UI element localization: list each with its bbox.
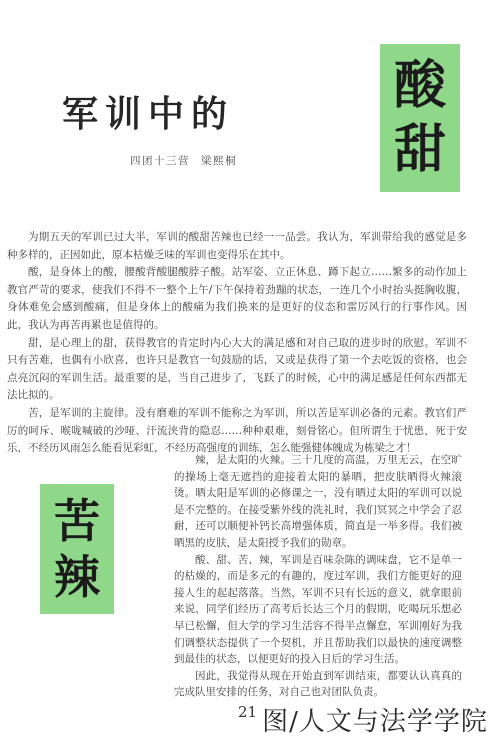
paragraph-conclusion: 因此，我觉得从现在开始直到军训结束，都要认认真真的完成队里安排的任务，对自己也对… xyxy=(174,668,462,701)
article-body-right: 辣，是太阳的火辣。三十几度的高温，万里无云，在空旷的操场上毫无遮挡的迎接着太阳的… xyxy=(174,452,462,701)
page-number: 21 xyxy=(238,703,257,721)
photo-credit: 图/人文与法学学院 xyxy=(262,701,488,738)
label-char-bitter: 苦 xyxy=(54,498,100,544)
article-byline: 四团十三营 梁熙桐 xyxy=(130,153,237,168)
label-char-sweet: 甜 xyxy=(394,124,446,176)
article-body-top: 为期五天的军训已过大半，军训的酸甜苦辣也已经一一品尝。我认为，军训带给我的感觉是… xyxy=(7,229,467,458)
label-char-sour: 酸 xyxy=(394,60,446,112)
page-footer: 21 图/人文与法学学院 xyxy=(238,701,488,738)
paragraph-intro: 为期五天的军训已过大半，军训的酸甜苦辣也已经一一品尝。我认为，军训带给我的感觉是… xyxy=(7,229,467,264)
label-bitter-spicy: 苦 辣 xyxy=(40,484,114,614)
paragraph-sweet: 甜，是心理上的甜，获得教官的肯定时内心大大的满足感和对自己取的进步时的欣慰。军训… xyxy=(7,335,467,405)
paragraph-bitter: 苦，是军训的主旋律。没有磨难的军训不能称之为军训，所以苦是军训必备的元素。教官们… xyxy=(7,405,467,458)
paragraph-summary: 酸、甜、苦、辣，军训是百味杂陈的调味盘，它不是单一的枯燥的，而是多元的有趣的，度… xyxy=(174,552,462,668)
label-char-spicy: 辣 xyxy=(54,554,100,600)
article-title: 军训中的 xyxy=(62,86,234,137)
label-sour-sweet: 酸 甜 xyxy=(380,44,460,192)
paragraph-spicy: 辣，是太阳的火辣。三十几度的高温，万里无云，在空旷的操场上毫无遮挡的迎接着太阳的… xyxy=(174,452,462,552)
byline-author: 梁熙桐 xyxy=(201,153,237,168)
magazine-page: 军训中的 四团十三营 梁熙桐 酸 甜 为期五天的军训已过大半，军训的酸甜苦辣也已… xyxy=(0,0,500,750)
byline-unit: 四团十三营 xyxy=(130,153,190,168)
paragraph-sour: 酸，是身体上的酸，腰酸背酸腿酸脖子酸。站军姿、立正休息、蹲下起立……繁多的动作加… xyxy=(7,264,467,334)
